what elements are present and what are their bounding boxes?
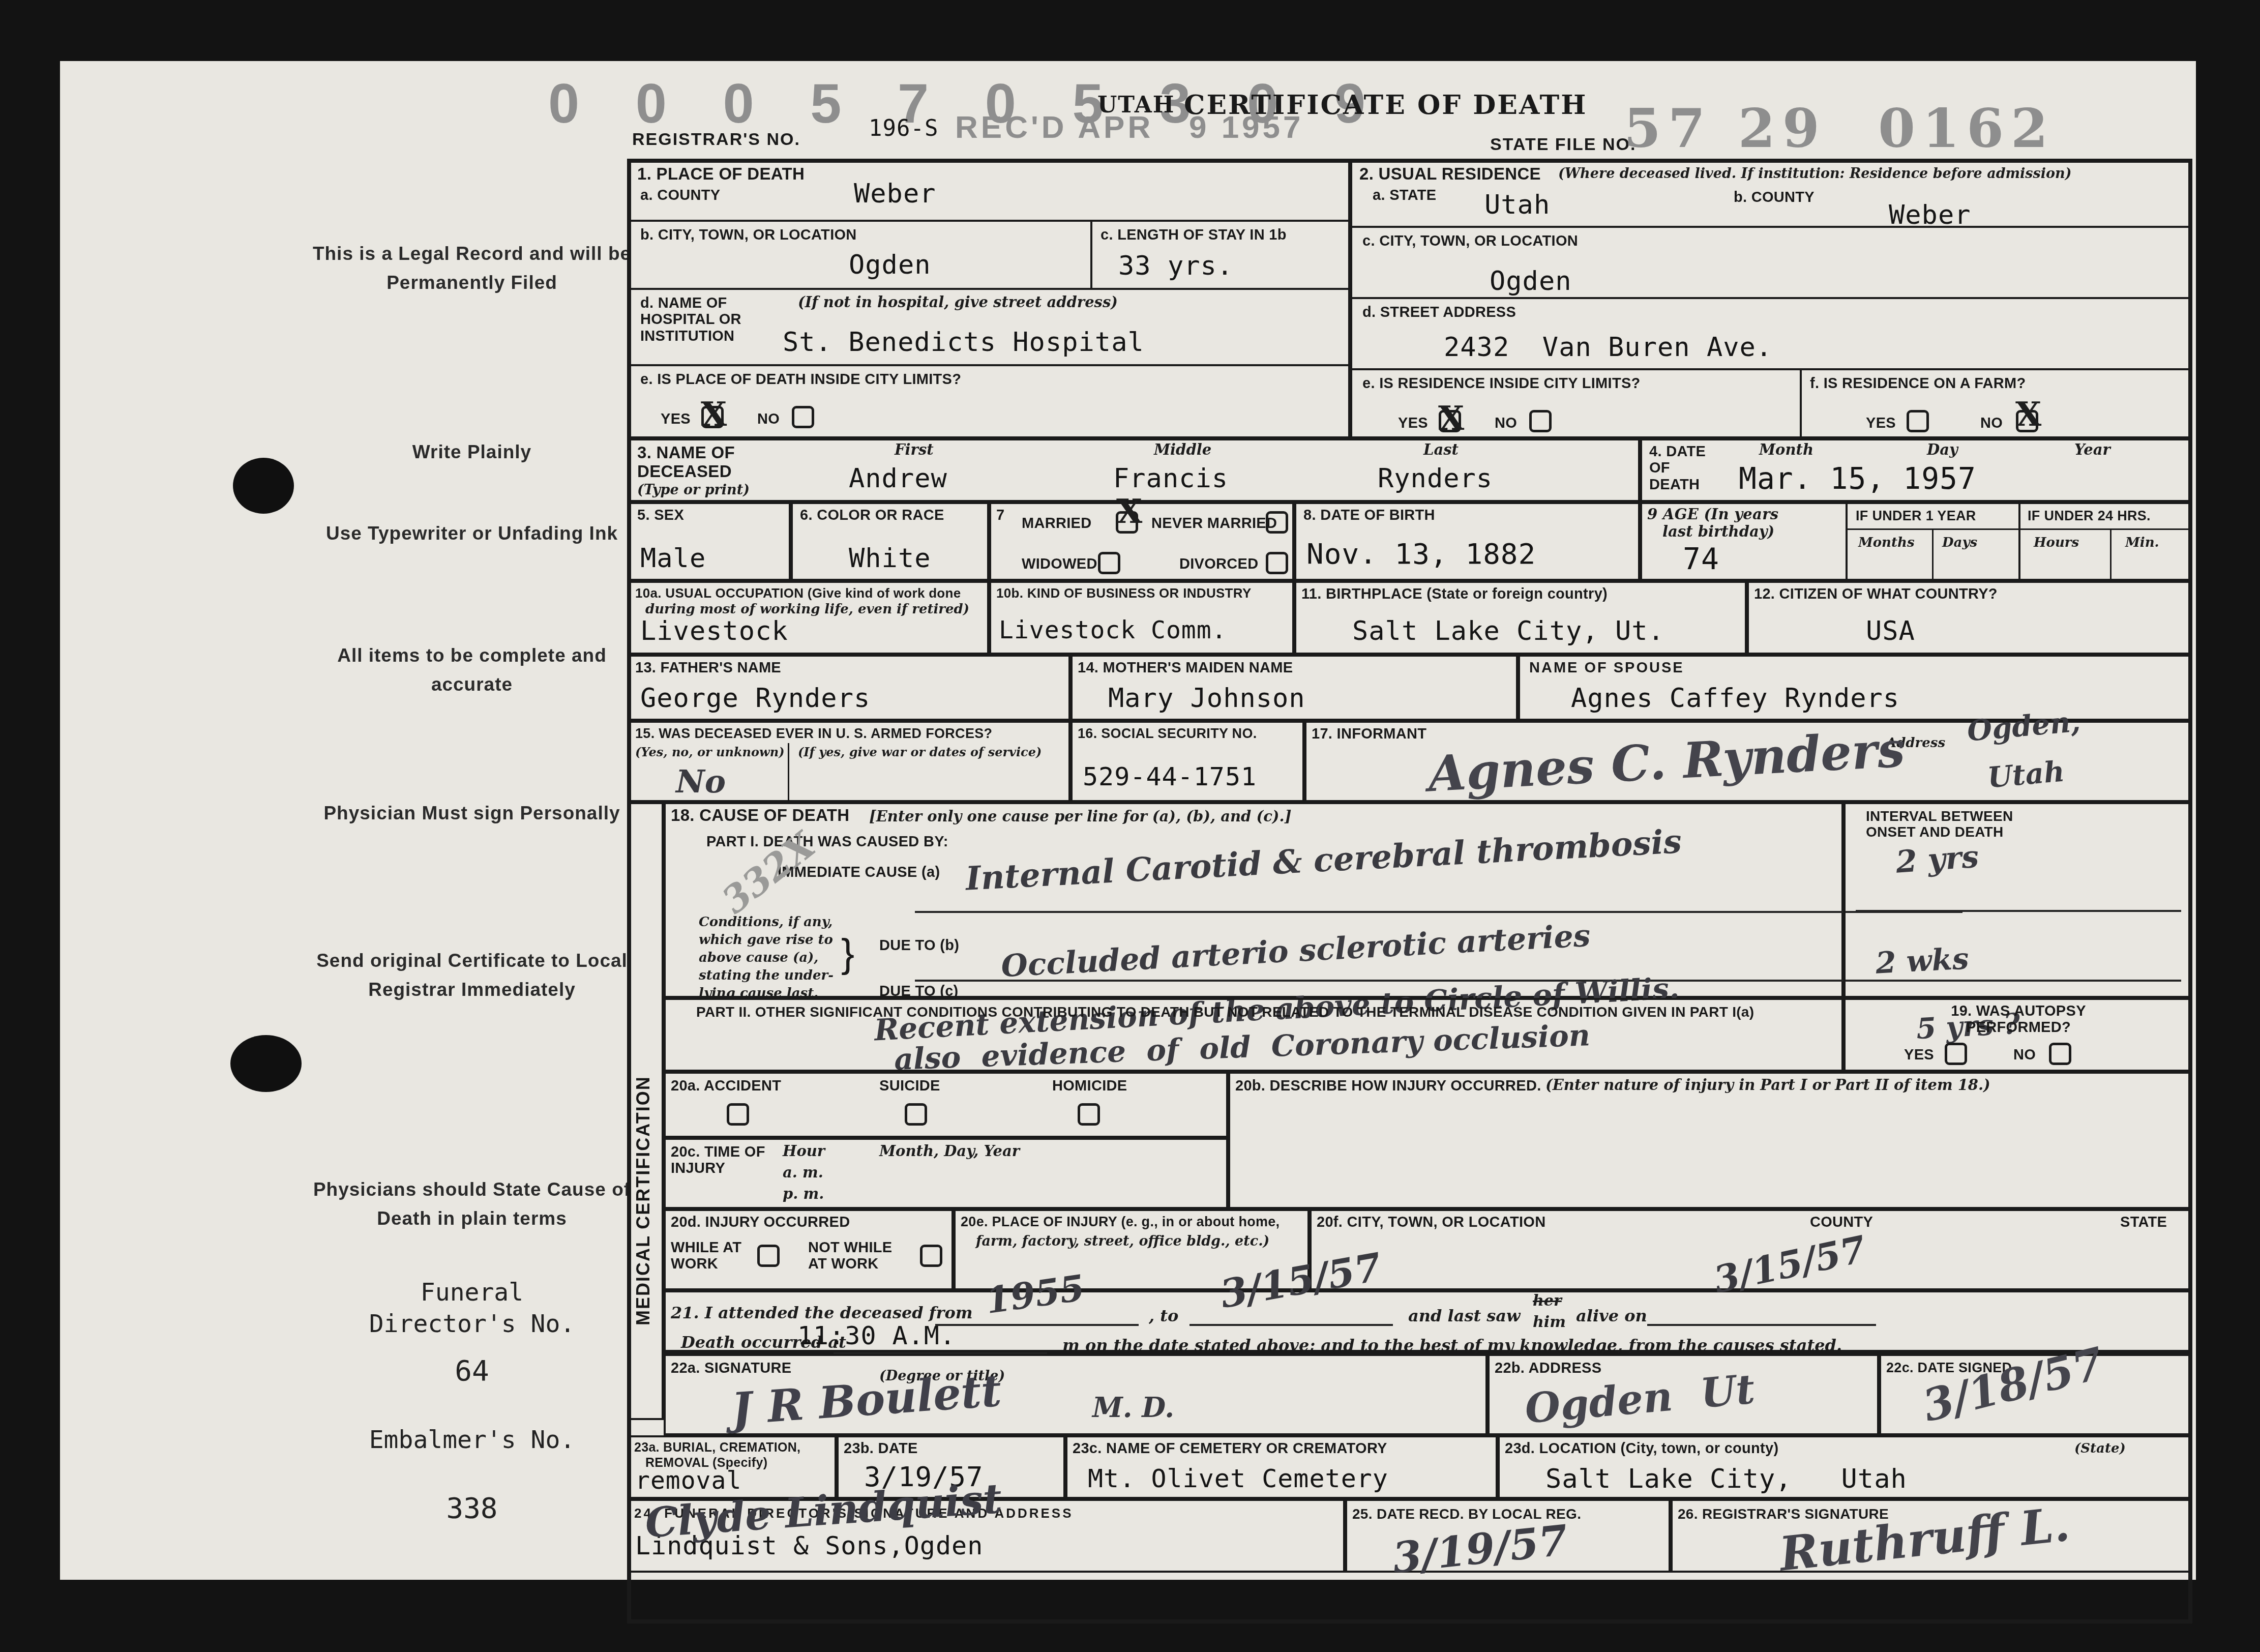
- box2f-yes-label: YES: [1866, 415, 1896, 431]
- box20a-accident-suicide-homicide: 20a. ACCIDENT SUICIDE HOMICIDE: [664, 1072, 1228, 1138]
- box16-social-security: 16. SOCIAL SECURITY NO. 529-44-1751: [1070, 721, 1304, 802]
- box8-date-of-birth: 8. DATE OF BIRTH Nov. 13, 1882: [1294, 502, 1640, 581]
- box20c-label: 20c. TIME OF INJURY: [671, 1144, 765, 1177]
- box18-due-to-b-label: DUE TO (b): [879, 937, 959, 954]
- box20c-pm-label: p. m.: [783, 1186, 824, 1202]
- box23c-cemetery: 23c. NAME OF CEMETERY OR CREMATORY Mt. O…: [1065, 1435, 1498, 1499]
- box1b-label: b. CITY, TOWN, OR LOCATION: [640, 227, 857, 243]
- registrar-no-value: 196-S: [869, 117, 938, 140]
- box20d-while-label: WHILE AT WORK: [671, 1240, 741, 1273]
- box12-value: USA: [1866, 617, 1915, 645]
- box15-value: No: [676, 766, 726, 798]
- box3-first-value: Andrew: [849, 465, 947, 493]
- box10a-label: 10a. USUAL OCCUPATION (Give kind of work…: [635, 586, 961, 601]
- box11-birthplace: 11. BIRTHPLACE (State or foreign country…: [1294, 581, 1747, 655]
- funeral-directors-no-value: 64: [309, 1353, 635, 1390]
- box18-part2: PART II. OTHER SIGNIFICANT CONDITIONS CO…: [664, 998, 1843, 1072]
- box5-label: 5. SEX: [637, 507, 684, 523]
- box18-label: 18. CAUSE OF DEATH: [671, 806, 849, 825]
- box5-sex: 5. SEX Male: [628, 502, 791, 581]
- box23d-value: Salt Lake City, Utah: [1545, 1465, 1907, 1493]
- box10b-value: Livestock Comm.: [999, 617, 1227, 643]
- box17-label: 17. INFORMANT: [1312, 726, 1426, 742]
- box20d-notwhile-label: NOT WHILE AT WORK: [808, 1240, 892, 1273]
- box2-usual-residence: 2. USUAL RESIDENCE (Where deceased lived…: [1350, 159, 2192, 438]
- box21-to-label: , to: [1149, 1307, 1178, 1325]
- box20d-label: 20d. INJURY OCCURRED: [671, 1214, 850, 1230]
- box2c-city-value: Ogden: [1490, 268, 1572, 296]
- embalmers-no-value: 338: [309, 1490, 635, 1527]
- box2d-label: d. STREET ADDRESS: [1362, 304, 1516, 320]
- interval-a-value: 2 yrs: [1895, 841, 1980, 877]
- box18-due-to-c-label: DUE TO (c): [879, 983, 959, 999]
- box14-label: 14. MOTHER'S MAIDEN NAME: [1078, 660, 1293, 676]
- box21-line2-post: m on the date stated above; and to the b…: [1062, 1336, 1842, 1355]
- funeral-directors-no-label: Funeral Director's No.: [309, 1277, 635, 1340]
- box9-hours-label: Hours: [2034, 536, 2079, 551]
- certificate-paper: This is a Legal Record and will be Perma…: [60, 61, 2196, 1580]
- box18-label-note: [Enter only one cause per line for (a), …: [869, 808, 1291, 825]
- box9-age: 9 AGE (In years last birthday) 74 IF UND…: [1640, 502, 2192, 581]
- box9-months-label: Months: [1858, 536, 1915, 551]
- box1e-yes-mark: X: [701, 397, 727, 431]
- punch-hole: [230, 1035, 302, 1092]
- box13-value: George Rynders: [640, 685, 870, 713]
- interval-header: INTERVAL BETWEEN ONSET AND DEATH: [1866, 808, 2013, 840]
- box6-color-or-race: 6. COLOR OR RACE White: [791, 502, 989, 581]
- box23c-value: Mt. Olivet Cemetery: [1088, 1465, 1388, 1492]
- interval-c1-value: 2 wks: [1875, 943, 1970, 978]
- box15-note1: (Yes, no, or unknown): [635, 745, 785, 759]
- box6-value: White: [849, 545, 931, 573]
- box23d-location: 23d. LOCATION (City, town, or county) (S…: [1498, 1435, 2192, 1499]
- box8-label: 8. DATE OF BIRTH: [1303, 507, 1435, 523]
- box2e-no-checkbox: [1529, 410, 1552, 432]
- box9-under1-label: IF UNDER 1 YEAR: [1856, 508, 1976, 523]
- box20d-while-checkbox: [757, 1245, 780, 1267]
- box21-pre: 21. I attended the deceased from: [671, 1304, 973, 1322]
- box7-married-mark: X: [1116, 494, 1142, 528]
- box20c-time-of-injury: 20c. TIME OF INJURY Hour a. m. p. m. Mon…: [664, 1138, 1228, 1209]
- box1a-county-value: Weber: [854, 180, 936, 208]
- box1e-yes-checkbox: X: [701, 406, 724, 428]
- box7-never-married-checkbox: [1266, 511, 1288, 534]
- margin-note-plain-terms: Physicians should State Cause of Death i…: [289, 1175, 655, 1233]
- box1a-label: a. COUNTY: [640, 187, 720, 203]
- box4-label: 4. DATE OF DEATH: [1649, 444, 1706, 493]
- box19-no-label: NO: [2013, 1047, 2036, 1063]
- box20a-suicide-checkbox: [905, 1103, 927, 1126]
- medical-certification-strip: MEDICAL CERTIFICATION: [628, 802, 664, 1420]
- box5-value: Male: [640, 545, 706, 573]
- box20c-mdy-label: Month, Day, Year: [879, 1143, 1020, 1160]
- medical-certification-label: MEDICAL CERTIFICATION: [634, 997, 652, 1404]
- box4-year-label: Year: [2074, 441, 2110, 458]
- scanned-death-certificate: This is a Legal Record and will be Perma…: [0, 0, 2260, 1652]
- box9-label: 9 AGE (In years: [1647, 506, 1778, 522]
- box23d-state-note: (State): [2074, 1441, 2126, 1457]
- box21-him: him: [1533, 1314, 1566, 1332]
- box7-widowed-label: WIDOWED: [1022, 556, 1097, 572]
- box18-part1-label: PART I. DEATH WAS CAUSED BY:: [706, 834, 948, 850]
- box4-date-of-death: 4. DATE OF DEATH Month Day Year Mar. 15,…: [1640, 438, 2192, 502]
- box6-label: 6. COLOR OR RACE: [800, 507, 944, 523]
- box20e-note: farm, factory, street, office bldg., etc…: [976, 1233, 1269, 1249]
- box4-month-label: Month: [1759, 441, 1813, 458]
- box3-middle-value: Francis: [1113, 465, 1228, 493]
- box4-day-label: Day: [1927, 441, 1958, 458]
- box1d-label: d. NAME OF HOSPITAL OR INSTITUTION: [640, 295, 741, 344]
- box15-note2: (If yes, give war or dates of service): [798, 745, 1042, 759]
- box15-label: 15. WAS DECEASED EVER IN U. S. ARMED FOR…: [635, 726, 992, 741]
- box13-label: 13. FATHER'S NAME: [635, 660, 781, 676]
- box18-conditions-note: Conditions, if any, which gave rise to a…: [699, 913, 836, 1002]
- box2e-yes-mark: X: [1438, 401, 1464, 435]
- box1e-no-label: NO: [757, 411, 780, 427]
- box19-label: 19. WAS AUTOPSY PERFORMED?: [1876, 1003, 2161, 1036]
- box20b-note: (Enter nature of injury in Part I or Par…: [1545, 1077, 1990, 1094]
- box20d-injury-occurred: 20d. INJURY OCCURRED WHILE AT WORK NOT W…: [664, 1209, 954, 1290]
- box19-autopsy: 19. WAS AUTOPSY PERFORMED? YES NO: [1843, 998, 2192, 1072]
- margin-note-send-original: Send original Certificate to Local Regis…: [309, 946, 635, 1005]
- box2d-street-value: 2432 Van Buren Ave.: [1444, 334, 1772, 362]
- punch-hole: [233, 458, 294, 514]
- box3-last-value: Rynders: [1378, 465, 1493, 493]
- box20a-suicide-label: SUICIDE: [879, 1078, 940, 1094]
- box2f-label: f. IS RESIDENCE ON A FARM?: [1810, 375, 2026, 392]
- box20b-label: 20b. DESCRIBE HOW INJURY OCCURRED.: [1235, 1078, 1541, 1094]
- box2a-state-value: Utah: [1484, 191, 1550, 219]
- box1c-length-value: 33 yrs.: [1118, 252, 1233, 280]
- received-date-stamp: REC'D APR 9 1957: [955, 109, 1304, 145]
- box2f-no-label: NO: [1980, 415, 2003, 431]
- box17-address-line2: Utah: [1986, 757, 2066, 792]
- box1-place-of-death: 1. PLACE OF DEATH a. COUNTY Weber b. CIT…: [628, 159, 1350, 438]
- box8-value: Nov. 13, 1882: [1306, 540, 1536, 570]
- box20b-describe-injury: 20b. DESCRIBE HOW INJURY OCCURRED. (Ente…: [1228, 1072, 2192, 1209]
- box7-marital-status: 7 MARRIED X NEVER MARRIED WIDOWED DIVORC…: [989, 502, 1294, 581]
- box7-married-label: MARRIED: [1022, 515, 1091, 532]
- box18-part2-label: PART II. OTHER SIGNIFICANT CONDITIONS CO…: [696, 1004, 1825, 1020]
- box23a-value: removal: [635, 1468, 741, 1493]
- registrar-no-label: REGISTRAR'S NO.: [632, 130, 800, 149]
- box2b-label: b. COUNTY: [1734, 189, 1815, 205]
- box20a-accident-label: 20a. ACCIDENT: [671, 1078, 781, 1094]
- box1e-label: e. IS PLACE OF DEATH INSIDE CITY LIMITS?: [640, 371, 961, 388]
- box10a-value: Livestock: [640, 617, 788, 645]
- margin-note-write-plainly: Write Plainly: [309, 437, 635, 466]
- box13-fathers-name: 13. FATHER'S NAME George Rynders: [628, 655, 1070, 721]
- box20a-homicide-checkbox: [1078, 1103, 1100, 1126]
- box10b-kind-of-business: 10b. KIND OF BUSINESS OR INDUSTRY Livest…: [989, 581, 1294, 655]
- box21-time-value: 11:30 A.M.: [797, 1322, 956, 1349]
- box22b-label: 22b. ADDRESS: [1495, 1360, 1601, 1376]
- box21-alive-label: alive on: [1576, 1307, 1647, 1325]
- box16-value: 529-44-1751: [1083, 763, 1257, 790]
- box3-last-label: Last: [1423, 441, 1459, 458]
- margin-note-typewriter: Use Typewriter or Unfading Ink: [309, 519, 635, 548]
- box19-yes-checkbox: [1945, 1043, 1967, 1065]
- box1c-label: c. LENGTH OF STAY IN 1b: [1101, 227, 1287, 243]
- box7-married-checkbox: X: [1116, 511, 1138, 534]
- box1e-no-checkbox: [792, 406, 814, 428]
- box10b-label: 10b. KIND OF BUSINESS OR INDUSTRY: [996, 586, 1252, 601]
- box14-mothers-maiden-name: 14. MOTHER'S MAIDEN NAME Mary Johnson: [1070, 655, 1518, 721]
- box10a-note: during most of working life, even if ret…: [645, 602, 969, 617]
- box1d-note: (If not in hospital, give street address…: [798, 294, 1118, 311]
- box7-divorced-checkbox: [1266, 552, 1288, 574]
- box20c-am-label: a. m.: [783, 1164, 823, 1181]
- box-spouse-label: NAME OF SPOUSE: [1529, 660, 1684, 676]
- box15-armed-forces: 15. WAS DECEASED EVER IN U. S. ARMED FOR…: [628, 721, 1070, 802]
- box22a-degree-value: M. D.: [1092, 1394, 1174, 1421]
- embalmers-no-label: Embalmer's No.: [309, 1424, 635, 1456]
- box10a-usual-occupation: 10a. USUAL OCCUPATION (Give kind of work…: [628, 581, 989, 655]
- box21-her: her: [1533, 1292, 1562, 1310]
- box23b-label: 23b. DATE: [844, 1440, 918, 1457]
- box23a-label: 23a. BURIAL, CREMATION,: [634, 1440, 800, 1455]
- box1d-hospital-value: St. Benedicts Hospital: [783, 329, 1144, 357]
- box-spouse-value: Agnes Caffey Rynders: [1571, 685, 1899, 713]
- margin-note-legal-record: This is a Legal Record and will be Perma…: [309, 239, 635, 298]
- box20f-county-label: COUNTY: [1810, 1214, 1873, 1230]
- film-border-right: [2196, 0, 2260, 1652]
- box7-never-married-label: NEVER MARRIED: [1151, 515, 1277, 532]
- box3-middle-label: Middle: [1154, 441, 1211, 458]
- box20a-homicide-label: HOMICIDE: [1052, 1078, 1127, 1094]
- box-name-of-spouse: NAME OF SPOUSE Agnes Caffey Rynders: [1518, 655, 2192, 721]
- box2f-no-checkbox: X: [2016, 410, 2038, 432]
- box20a-accident-checkbox: [727, 1103, 749, 1126]
- box2-title-note: (Where deceased lived. If institution: R…: [1558, 166, 2071, 182]
- box9-min-label: Min.: [2125, 536, 2159, 551]
- box1-title: 1. PLACE OF DEATH: [637, 165, 805, 184]
- box2-title: 2. USUAL RESIDENCE: [1359, 165, 1541, 184]
- box2b-county-value: Weber: [1889, 201, 1971, 229]
- margin-note-complete-accurate: All items to be complete and accurate: [309, 641, 635, 699]
- box2e-no-label: NO: [1495, 415, 1517, 431]
- box2f-yes-checkbox: [1907, 410, 1929, 432]
- state-file-no-label: STATE FILE NO.: [1490, 135, 1636, 154]
- box20d-notwhile-checkbox: [920, 1245, 942, 1267]
- box7-divorced-label: DIVORCED: [1179, 556, 1258, 572]
- box12-label: 12. CITIZEN OF WHAT COUNTRY?: [1754, 586, 1998, 602]
- box7-widowed-checkbox: [1098, 552, 1120, 574]
- box3-type-note: (Type or print): [637, 482, 750, 498]
- box7-number: 7: [996, 507, 1004, 523]
- box22a-label: 22a. SIGNATURE: [671, 1360, 791, 1376]
- margin-note-physician-sign: Physician Must sign Personally: [309, 799, 635, 828]
- box19-yes-label: YES: [1904, 1047, 1934, 1063]
- box9-label2: last birthday): [1662, 523, 1774, 540]
- box2e-yes-label: YES: [1398, 415, 1428, 431]
- box2a-label: a. STATE: [1373, 187, 1436, 203]
- box23d-label: 23d. LOCATION (City, town, or county): [1505, 1440, 1778, 1457]
- box1b-city-value: Ogden: [849, 251, 931, 279]
- box2f-no-mark: X: [2015, 397, 2041, 431]
- box9-days-label: Days: [1942, 536, 1977, 551]
- box20e-label: 20e. PLACE OF INJURY (e. g., in or about…: [961, 1214, 1280, 1229]
- box2c-label: c. CITY, TOWN, OR LOCATION: [1362, 233, 1578, 249]
- box23c-label: 23c. NAME OF CEMETERY OR CREMATORY: [1073, 1440, 1387, 1457]
- box16-label: 16. SOCIAL SECURITY NO.: [1078, 726, 1257, 741]
- box4-value: Mar. 15, 1957: [1739, 463, 1976, 494]
- box3-first-label: First: [895, 441, 934, 458]
- box2e-label: e. IS RESIDENCE INSIDE CITY LIMITS?: [1362, 375, 1641, 392]
- box11-label: 11. BIRTHPLACE (State or foreign country…: [1301, 586, 1608, 602]
- box2e-yes-checkbox: X: [1439, 410, 1461, 432]
- box20f-label: 20f. CITY, TOWN, OR LOCATION: [1317, 1214, 1545, 1230]
- box19-no-checkbox: [2049, 1043, 2071, 1065]
- box12-citizen: 12. CITIZEN OF WHAT COUNTRY? USA: [1747, 581, 2192, 655]
- state-file-no-value: 57 29 0162: [1624, 97, 2055, 160]
- box14-value: Mary Johnson: [1108, 685, 1305, 713]
- box1e-yes-label: YES: [661, 411, 691, 427]
- box3-label: 3. NAME OF DECEASED: [637, 444, 735, 481]
- box9-value: 74: [1683, 544, 1719, 575]
- box18-brace: }: [841, 931, 854, 976]
- box9-under24-label: IF UNDER 24 HRS.: [2028, 508, 2151, 523]
- box20f-state-label: STATE: [2120, 1214, 2167, 1230]
- box20c-hour-label: Hour: [783, 1143, 825, 1160]
- box11-value: Salt Lake City, Ut.: [1352, 617, 1664, 645]
- box21-mid: and last saw: [1408, 1307, 1521, 1325]
